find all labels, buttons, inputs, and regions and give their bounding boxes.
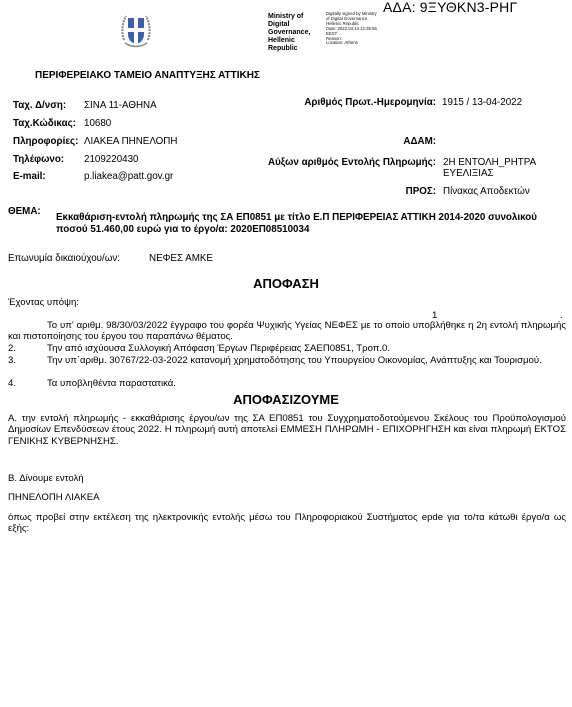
postal-code-value: 10680 bbox=[84, 118, 111, 129]
beneficiary-label: Επωνυμία δικαιούχου/ων: bbox=[8, 253, 120, 264]
address-label: Ταχ. Δ/νση: bbox=[13, 100, 66, 111]
email-link[interactable]: p.liakea@patt.gov.gr bbox=[84, 171, 173, 182]
item-number: 2. bbox=[8, 343, 16, 354]
email-label: E-mail: bbox=[13, 171, 46, 182]
subject-text: Εκκαθάριση-εντολή πληρωμής της ΣΑ ΕΠ0851… bbox=[56, 212, 568, 235]
considering-item-1: Το υπ' αριθμ. 98/30/03/2022 έγγραφο του … bbox=[8, 320, 566, 343]
address-value: ΣΙΝΑ 11-ΑΘΗΝΑ bbox=[84, 100, 157, 111]
greek-coat-of-arms-icon bbox=[120, 10, 152, 50]
considering-item-4: 4. Τα υποβληθέντα παραστατικά. bbox=[8, 378, 566, 390]
ada-code: ΑΔΑ: 9ΞΥΘΚΝ3-ΡΗΓ bbox=[383, 0, 517, 15]
organization-title: ΠΕΡΙΦΕΡΕΙΑΚΟ ΤΑΜΕΙΟ ΑΝΑΠΤΥΞΗΣ ΑΤΤΙΚΗΣ bbox=[35, 70, 260, 81]
item-number: 4. bbox=[8, 378, 16, 389]
subject-label: ΘΕΜΑ: bbox=[8, 206, 41, 217]
item-number: 3. bbox=[8, 355, 16, 366]
item-text: Την υπ΄αριθμ. 30767/22-03-2022 κατανομή … bbox=[47, 355, 542, 366]
decision-heading: ΑΠΟΦΑΣΗ bbox=[0, 276, 572, 291]
resolution-a: Α. την εντολή πληρωμής - εκκαθάρισης έργ… bbox=[8, 413, 566, 447]
info-contact-value: ΛΙΑΚΕΑ ΠΗΝΕΛΟΠΗ bbox=[84, 136, 177, 147]
digital-signature-details: Digitally signed by Ministry of Digital … bbox=[326, 12, 388, 46]
resolution-instruction: όπως προβεί στην εκτέλεση της ηλεκτρονικ… bbox=[8, 512, 566, 535]
considering-item-3: 3. Την υπ΄αριθμ. 30767/22-03-2022 κατανο… bbox=[8, 355, 566, 366]
payment-order-value: 2Η ΕΝΤΟΛΗ_ΡΗΤΡΑ bbox=[443, 157, 536, 168]
sig-line: Location: Athens bbox=[326, 41, 388, 46]
considering-intro: Έχοντας υπόψη: bbox=[8, 297, 79, 308]
digital-signature-signer: Ministry of Digital Governance, Hellenic… bbox=[268, 13, 326, 53]
resolution-heading: ΑΠΟΦΑΣΙΖΟΥΜΕ bbox=[0, 392, 572, 407]
beneficiary-value: ΝΕΦΕΣ ΑΜΚΕ bbox=[149, 253, 213, 264]
postal-code-label: Ταχ.Κώδικας: bbox=[13, 118, 76, 129]
phone-value: 2109220430 bbox=[84, 154, 139, 165]
item-text: Την από ισχύουσα Συλλογική Απόφαση Έργων… bbox=[47, 343, 390, 354]
protocol-label: Αριθμός Πρωτ.-Ημερομηνία: bbox=[304, 97, 436, 108]
adam-label: ΑΔΑΜ: bbox=[403, 136, 436, 147]
payment-order-label: Αύξων αριθμός Εντολής Πληρωμής: bbox=[268, 157, 436, 168]
info-contact-label: Πληροφορίες: bbox=[13, 136, 78, 147]
recipients-label: ΠΡΟΣ: bbox=[406, 186, 436, 197]
authorized-person: ΠΗΝΕΛΟΠΗ ΛΙΑΚΕΑ bbox=[8, 492, 100, 503]
phone-label: Τηλέφωνο: bbox=[13, 154, 64, 165]
recipients-value: Πίνακας Αποδεκτών bbox=[443, 186, 530, 197]
protocol-value: 1915 / 13-04-2022 bbox=[442, 97, 522, 108]
payment-order-value-cont: ΕΥΕΛΙΞΙΑΣ bbox=[443, 168, 494, 179]
item-text: Τα υποβληθέντα παραστατικά. bbox=[47, 378, 176, 389]
resolution-b: Β. Δίνουμε εντολή bbox=[8, 473, 84, 484]
considering-item-2: 2. Την από ισχύουσα Συλλογική Απόφαση Έρ… bbox=[8, 343, 566, 355]
